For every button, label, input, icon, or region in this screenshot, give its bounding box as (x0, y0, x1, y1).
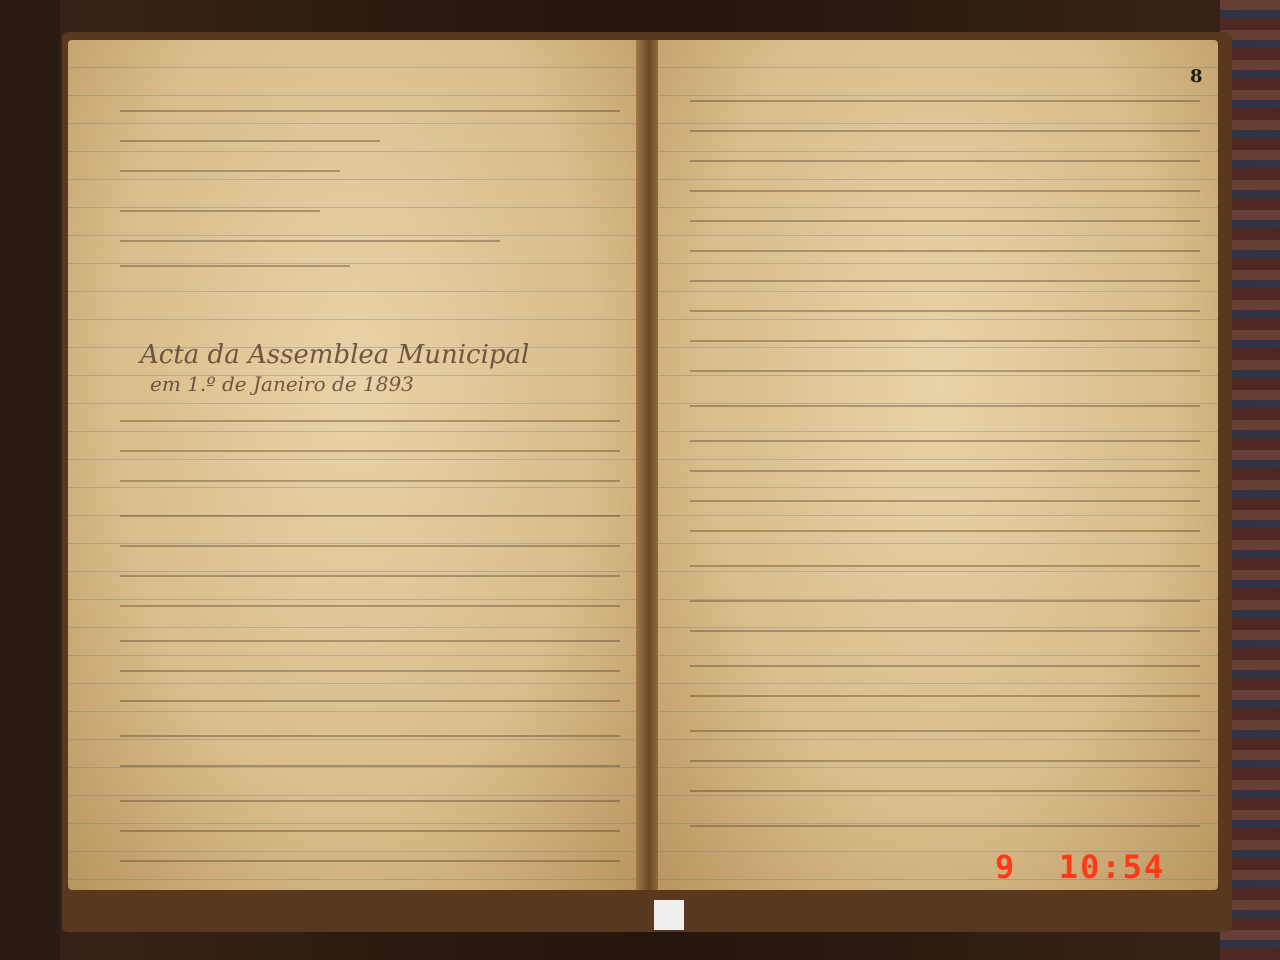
handwriting-line (690, 190, 1200, 192)
page-number: 8 (1190, 66, 1203, 87)
handwriting-line (690, 130, 1200, 132)
handwriting-line (120, 110, 620, 112)
handwriting-line (690, 250, 1200, 252)
minutes-heading: Acta da Assemblea Municipal (140, 340, 529, 370)
handwriting-line (120, 700, 620, 702)
handwriting-line (690, 440, 1200, 442)
handwriting-line (120, 240, 500, 242)
handwriting-line (690, 665, 1200, 667)
camera-timestamp: 9 10:54 (995, 848, 1165, 886)
handwriting-line (690, 500, 1200, 502)
handwriting-line (690, 280, 1200, 282)
handwriting-line (690, 600, 1200, 602)
left-surface (0, 0, 60, 960)
handwriting-line (690, 530, 1200, 532)
handwriting-line (120, 545, 620, 547)
handwriting-line (690, 405, 1200, 407)
handwriting-line (120, 800, 620, 802)
handwriting-line (120, 170, 340, 172)
handwriting-line (120, 140, 380, 142)
handwriting-line (690, 760, 1200, 762)
handwriting-line (690, 370, 1200, 372)
handwriting-line (690, 100, 1200, 102)
handwriting-line (120, 450, 620, 452)
paper-tab (654, 900, 684, 930)
handwriting-line (690, 695, 1200, 697)
handwriting-line (120, 670, 620, 672)
handwriting-line (120, 265, 350, 267)
handwriting-line (120, 420, 620, 422)
handwriting-line (120, 605, 620, 607)
handwriting-line (690, 630, 1200, 632)
handwriting-line (690, 825, 1200, 827)
timestamp-day: 9 (995, 848, 1016, 886)
handwriting-line (690, 565, 1200, 567)
handwriting-line (120, 480, 620, 482)
handwriting-line (690, 340, 1200, 342)
handwriting-line (120, 735, 620, 737)
handwriting-line (120, 515, 620, 517)
handwriting-line (120, 640, 620, 642)
handwriting-line (120, 575, 620, 577)
left-page (68, 40, 640, 890)
handwriting-line (690, 790, 1200, 792)
handwriting-line (690, 470, 1200, 472)
right-page (658, 40, 1218, 890)
handwriting-line (120, 860, 620, 862)
handwriting-line (690, 220, 1200, 222)
handwriting-line (120, 765, 620, 767)
handwriting-line (690, 310, 1200, 312)
handwriting-line (690, 730, 1200, 732)
timestamp-time: 10:54 (1059, 848, 1165, 886)
handwriting-line (120, 210, 320, 212)
handwriting-line (690, 160, 1200, 162)
minutes-heading-date: em 1.º de Janeiro de 1893 (150, 372, 414, 396)
handwriting-line (120, 830, 620, 832)
